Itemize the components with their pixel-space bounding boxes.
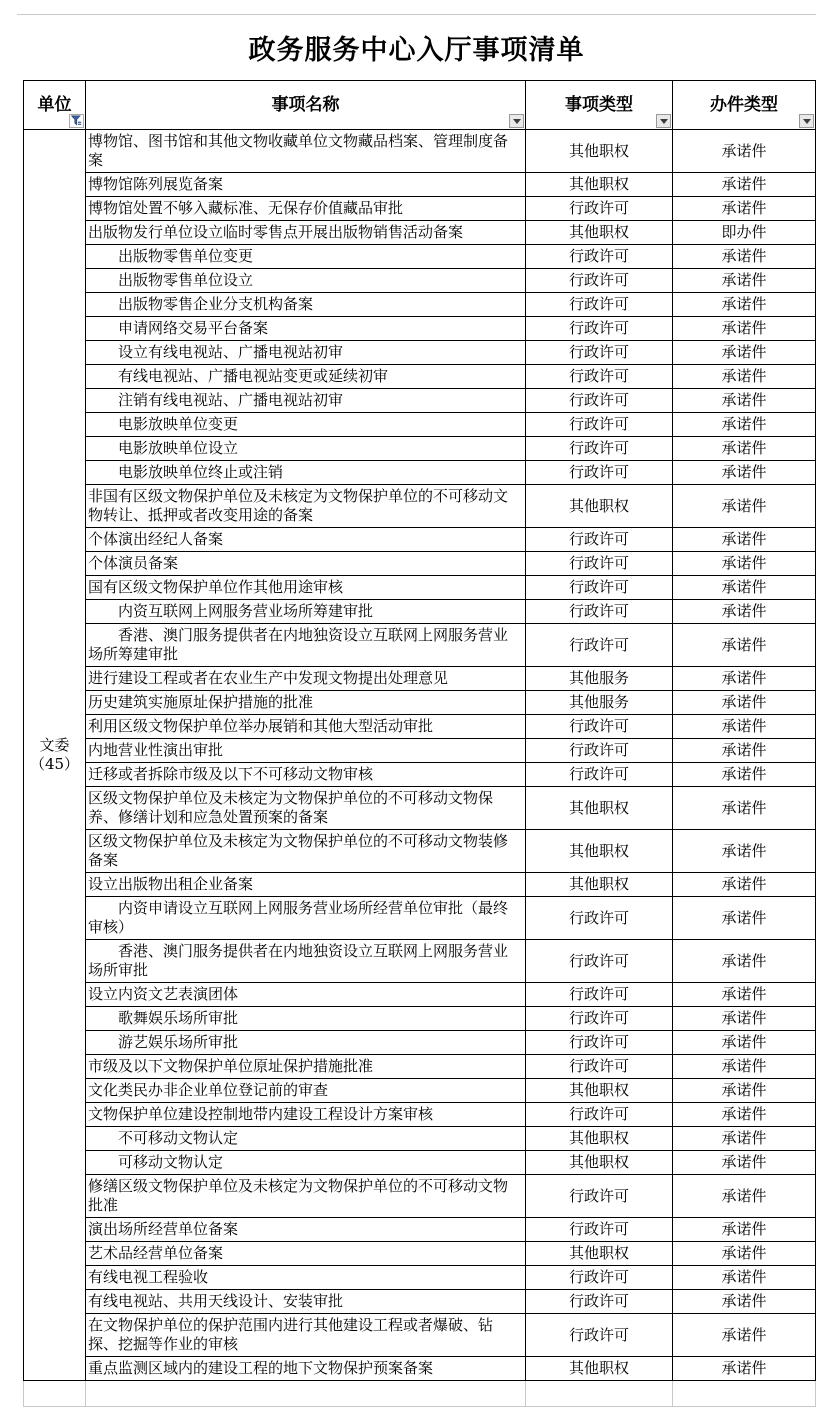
item-type-cell: 行政许可 bbox=[526, 1290, 673, 1314]
empty-cell bbox=[673, 1381, 816, 1407]
item-name-cell: 可移动文物认定 bbox=[86, 1151, 526, 1175]
item-type-cell: 其他职权 bbox=[526, 485, 673, 528]
item-mode-cell: 承诺件 bbox=[673, 389, 816, 413]
item-type-cell: 其他职权 bbox=[526, 830, 673, 873]
item-name-cell: 游艺娱乐场所审批 bbox=[86, 1031, 526, 1055]
item-name-cell: 注销有线电视站、广播电视站初审 bbox=[86, 389, 526, 413]
table-row: 设立有线电视站、广播电视站初审行政许可承诺件 bbox=[24, 341, 816, 365]
item-mode-cell: 承诺件 bbox=[673, 624, 816, 667]
item-name-cell: 修缮区级文物保护单位及未核定为文物保护单位的不可移动文物批准 bbox=[86, 1175, 526, 1218]
header-unit-label: 单位 bbox=[38, 95, 72, 115]
item-type-cell: 行政许可 bbox=[526, 1103, 673, 1127]
item-name-cell: 电影放映单位终止或注销 bbox=[86, 461, 526, 485]
item-name-cell: 区级文物保护单位及未核定为文物保护单位的不可移动文物装修备案 bbox=[86, 830, 526, 873]
item-name-cell: 电影放映单位变更 bbox=[86, 413, 526, 437]
item-name-cell: 香港、澳门服务提供者在内地独资设立互联网上网服务营业场所筹建审批 bbox=[86, 624, 526, 667]
item-mode-cell: 承诺件 bbox=[673, 173, 816, 197]
header-row: 单位 事项名称 事项类型 bbox=[24, 81, 816, 130]
item-mode-cell: 承诺件 bbox=[673, 317, 816, 341]
item-mode-cell: 承诺件 bbox=[673, 1242, 816, 1266]
item-mode-cell: 承诺件 bbox=[673, 197, 816, 221]
empty-cell bbox=[86, 1381, 526, 1407]
type-filter-button[interactable] bbox=[656, 114, 671, 128]
item-mode-cell: 承诺件 bbox=[673, 1007, 816, 1031]
items-tbody: 文委（45）博物馆、图书馆和其他文物收藏单位文物藏品档案、管理制度备案其他职权承… bbox=[24, 130, 816, 1407]
item-mode-cell: 承诺件 bbox=[673, 1151, 816, 1175]
table-row: 有线电视站、共用天线设计、安装审批行政许可承诺件 bbox=[24, 1290, 816, 1314]
item-name-cell: 历史建筑实施原址保护措施的批准 bbox=[86, 691, 526, 715]
table-row: 修缮区级文物保护单位及未核定为文物保护单位的不可移动文物批准行政许可承诺件 bbox=[24, 1175, 816, 1218]
header-mode-label: 办件类型 bbox=[710, 95, 778, 115]
item-mode-cell: 承诺件 bbox=[673, 897, 816, 940]
item-name-cell: 个体演出经纪人备案 bbox=[86, 528, 526, 552]
item-name-cell: 出版物零售单位设立 bbox=[86, 269, 526, 293]
item-mode-cell: 承诺件 bbox=[673, 1290, 816, 1314]
item-type-cell: 行政许可 bbox=[526, 600, 673, 624]
header-type-label: 事项类型 bbox=[565, 95, 633, 115]
item-type-cell: 行政许可 bbox=[526, 413, 673, 437]
item-type-cell: 其他服务 bbox=[526, 691, 673, 715]
page-break-line bbox=[17, 14, 816, 15]
table-row: 文物保护单位建设控制地带内建设工程设计方案审核行政许可承诺件 bbox=[24, 1103, 816, 1127]
funnel-filter-icon bbox=[71, 114, 82, 129]
header-mode: 办件类型 bbox=[673, 81, 816, 130]
item-name-cell: 内资互联网上网服务营业场所筹建审批 bbox=[86, 600, 526, 624]
item-type-cell: 其他职权 bbox=[526, 1127, 673, 1151]
item-type-cell: 行政许可 bbox=[526, 293, 673, 317]
item-mode-cell: 承诺件 bbox=[673, 365, 816, 389]
item-type-cell: 其他职权 bbox=[526, 1151, 673, 1175]
table-row: 有线电视工程验收行政许可承诺件 bbox=[24, 1266, 816, 1290]
item-type-cell: 行政许可 bbox=[526, 365, 673, 389]
table-row: 个体演出经纪人备案行政许可承诺件 bbox=[24, 528, 816, 552]
item-type-cell: 行政许可 bbox=[526, 1031, 673, 1055]
item-type-cell: 其他职权 bbox=[526, 1357, 673, 1381]
items-table: 单位 事项名称 事项类型 bbox=[23, 80, 816, 1407]
unit-count: （45） bbox=[24, 755, 85, 774]
item-name-cell: 博物馆、图书馆和其他文物收藏单位文物藏品档案、管理制度备案 bbox=[86, 130, 526, 173]
item-mode-cell: 承诺件 bbox=[673, 485, 816, 528]
table-row: 香港、澳门服务提供者在内地独资设立互联网上网服务营业场所筹建审批行政许可承诺件 bbox=[24, 624, 816, 667]
table-row: 历史建筑实施原址保护措施的批准其他服务承诺件 bbox=[24, 691, 816, 715]
item-mode-cell: 承诺件 bbox=[673, 1031, 816, 1055]
item-name-cell: 有线电视站、共用天线设计、安装审批 bbox=[86, 1290, 526, 1314]
item-type-cell: 行政许可 bbox=[526, 739, 673, 763]
header-unit: 单位 bbox=[24, 81, 86, 130]
item-name-cell: 出版物零售单位变更 bbox=[86, 245, 526, 269]
table-row: 博物馆陈列展览备案其他职权承诺件 bbox=[24, 173, 816, 197]
item-type-cell: 其他职权 bbox=[526, 1242, 673, 1266]
unit-name: 文委 bbox=[24, 736, 85, 755]
item-name-cell: 进行建设工程或者在农业生产中发现文物提出处理意见 bbox=[86, 667, 526, 691]
item-name-cell: 申请网络交易平台备案 bbox=[86, 317, 526, 341]
item-mode-cell: 承诺件 bbox=[673, 437, 816, 461]
table-row: 区级文物保护单位及未核定为文物保护单位的不可移动文物保养、修缮计划和应急处置预案… bbox=[24, 787, 816, 830]
item-type-cell: 行政许可 bbox=[526, 197, 673, 221]
item-name-cell: 利用区级文物保护单位举办展销和其他大型活动审批 bbox=[86, 715, 526, 739]
table-row: 香港、澳门服务提供者在内地独资设立互联网上网服务营业场所审批行政许可承诺件 bbox=[24, 940, 816, 983]
item-type-cell: 其他职权 bbox=[526, 130, 673, 173]
item-type-cell: 其他职权 bbox=[526, 873, 673, 897]
item-mode-cell: 承诺件 bbox=[673, 1103, 816, 1127]
item-mode-cell: 承诺件 bbox=[673, 940, 816, 983]
chevron-down-icon bbox=[660, 119, 668, 124]
table-row: 不可移动文物认定其他职权承诺件 bbox=[24, 1127, 816, 1151]
table-row: 利用区级文物保护单位举办展销和其他大型活动审批行政许可承诺件 bbox=[24, 715, 816, 739]
item-name-cell: 设立有线电视站、广播电视站初审 bbox=[86, 341, 526, 365]
item-name-cell: 国有区级文物保护单位作其他用途审核 bbox=[86, 576, 526, 600]
table-row: 歌舞娱乐场所审批行政许可承诺件 bbox=[24, 1007, 816, 1031]
item-name-cell: 有线电视工程验收 bbox=[86, 1266, 526, 1290]
item-mode-cell: 承诺件 bbox=[673, 830, 816, 873]
table-row: 国有区级文物保护单位作其他用途审核行政许可承诺件 bbox=[24, 576, 816, 600]
table-row: 非国有区级文物保护单位及未核定为文物保护单位的不可移动文物转让、抵押或者改变用途… bbox=[24, 485, 816, 528]
empty-cell bbox=[526, 1381, 673, 1407]
chevron-down-icon bbox=[513, 119, 521, 124]
item-type-cell: 其他职权 bbox=[526, 221, 673, 245]
table-row: 有线电视站、广播电视站变更或延续初审行政许可承诺件 bbox=[24, 365, 816, 389]
item-mode-cell: 承诺件 bbox=[673, 341, 816, 365]
item-mode-cell: 承诺件 bbox=[673, 1079, 816, 1103]
item-type-cell: 其他职权 bbox=[526, 787, 673, 830]
item-mode-cell: 承诺件 bbox=[673, 528, 816, 552]
item-mode-cell: 承诺件 bbox=[673, 739, 816, 763]
item-type-cell: 行政许可 bbox=[526, 317, 673, 341]
header-name: 事项名称 bbox=[86, 81, 526, 130]
item-mode-cell: 承诺件 bbox=[673, 763, 816, 787]
table-row: 内资申请设立互联网上网服务营业场所经营单位审批（最终审核）行政许可承诺件 bbox=[24, 897, 816, 940]
item-type-cell: 行政许可 bbox=[526, 1055, 673, 1079]
item-type-cell: 其他职权 bbox=[526, 1079, 673, 1103]
item-name-cell: 出版物零售企业分支机构备案 bbox=[86, 293, 526, 317]
header-type: 事项类型 bbox=[526, 81, 673, 130]
item-type-cell: 行政许可 bbox=[526, 1266, 673, 1290]
item-mode-cell: 承诺件 bbox=[673, 245, 816, 269]
item-name-cell: 演出场所经营单位备案 bbox=[86, 1218, 526, 1242]
item-type-cell: 行政许可 bbox=[526, 528, 673, 552]
table-row: 文委（45）博物馆、图书馆和其他文物收藏单位文物藏品档案、管理制度备案其他职权承… bbox=[24, 130, 816, 173]
item-mode-cell: 承诺件 bbox=[673, 413, 816, 437]
item-type-cell: 行政许可 bbox=[526, 552, 673, 576]
item-name-cell: 歌舞娱乐场所审批 bbox=[86, 1007, 526, 1031]
table-row: 设立内资文艺表演团体行政许可承诺件 bbox=[24, 983, 816, 1007]
item-type-cell: 行政许可 bbox=[526, 437, 673, 461]
item-mode-cell: 承诺件 bbox=[673, 873, 816, 897]
item-name-cell: 设立内资文艺表演团体 bbox=[86, 983, 526, 1007]
table-row: 内资互联网上网服务营业场所筹建审批行政许可承诺件 bbox=[24, 600, 816, 624]
item-mode-cell: 承诺件 bbox=[673, 293, 816, 317]
item-type-cell: 行政许可 bbox=[526, 1314, 673, 1357]
mode-filter-button[interactable] bbox=[799, 114, 814, 128]
table-row: 电影放映单位设立行政许可承诺件 bbox=[24, 437, 816, 461]
item-name-cell: 市级及以下文物保护单位原址保护措施批准 bbox=[86, 1055, 526, 1079]
item-type-cell: 行政许可 bbox=[526, 1175, 673, 1218]
item-type-cell: 行政许可 bbox=[526, 1007, 673, 1031]
item-type-cell: 行政许可 bbox=[526, 1218, 673, 1242]
item-mode-cell: 承诺件 bbox=[673, 715, 816, 739]
table-row: 演出场所经营单位备案行政许可承诺件 bbox=[24, 1218, 816, 1242]
item-name-cell: 不可移动文物认定 bbox=[86, 1127, 526, 1151]
item-mode-cell: 承诺件 bbox=[673, 576, 816, 600]
item-mode-cell: 承诺件 bbox=[673, 1175, 816, 1218]
item-mode-cell: 承诺件 bbox=[673, 787, 816, 830]
item-type-cell: 行政许可 bbox=[526, 576, 673, 600]
item-mode-cell: 承诺件 bbox=[673, 983, 816, 1007]
item-type-cell: 其他服务 bbox=[526, 667, 673, 691]
table-row: 电影放映单位终止或注销行政许可承诺件 bbox=[24, 461, 816, 485]
item-mode-cell: 即办件 bbox=[673, 221, 816, 245]
unit-cell: 文委（45） bbox=[24, 130, 86, 1381]
item-type-cell: 行政许可 bbox=[526, 389, 673, 413]
item-type-cell: 行政许可 bbox=[526, 897, 673, 940]
table-row: 区级文物保护单位及未核定为文物保护单位的不可移动文物装修备案其他职权承诺件 bbox=[24, 830, 816, 873]
table-row: 出版物零售单位设立行政许可承诺件 bbox=[24, 269, 816, 293]
table-row: 内地营业性演出审批行政许可承诺件 bbox=[24, 739, 816, 763]
item-type-cell: 其他职权 bbox=[526, 173, 673, 197]
item-mode-cell: 承诺件 bbox=[673, 1266, 816, 1290]
table-row: 注销有线电视站、广播电视站初审行政许可承诺件 bbox=[24, 389, 816, 413]
table-row: 电影放映单位变更行政许可承诺件 bbox=[24, 413, 816, 437]
item-name-cell: 内资申请设立互联网上网服务营业场所经营单位审批（最终审核） bbox=[86, 897, 526, 940]
table-row: 设立出版物出租企业备案其他职权承诺件 bbox=[24, 873, 816, 897]
item-type-cell: 行政许可 bbox=[526, 715, 673, 739]
item-mode-cell: 承诺件 bbox=[673, 600, 816, 624]
table-row: 进行建设工程或者在农业生产中发现文物提出处理意见其他服务承诺件 bbox=[24, 667, 816, 691]
item-name-cell: 设立出版物出租企业备案 bbox=[86, 873, 526, 897]
item-mode-cell: 承诺件 bbox=[673, 552, 816, 576]
table-row: 可移动文物认定其他职权承诺件 bbox=[24, 1151, 816, 1175]
table-row: 市级及以下文物保护单位原址保护措施批准行政许可承诺件 bbox=[24, 1055, 816, 1079]
item-name-cell: 重点监测区域内的建设工程的地下文物保护预案备案 bbox=[86, 1357, 526, 1381]
item-name-cell: 个体演员备案 bbox=[86, 552, 526, 576]
empty-cell bbox=[24, 1381, 86, 1407]
item-name-cell: 博物馆处置不够入藏标准、无保存价值藏品审批 bbox=[86, 197, 526, 221]
item-type-cell: 行政许可 bbox=[526, 341, 673, 365]
item-name-cell: 迁移或者拆除市级及以下不可移动文物审核 bbox=[86, 763, 526, 787]
item-mode-cell: 承诺件 bbox=[673, 461, 816, 485]
item-name-cell: 艺术品经营单位备案 bbox=[86, 1242, 526, 1266]
table-row: 游艺娱乐场所审批行政许可承诺件 bbox=[24, 1031, 816, 1055]
item-mode-cell: 承诺件 bbox=[673, 1357, 816, 1381]
item-name-cell: 电影放映单位设立 bbox=[86, 437, 526, 461]
table-row: 在文物保护单位的保护范围内进行其他建设工程或者爆破、钻探、挖掘等作业的审核行政许… bbox=[24, 1314, 816, 1357]
table-row: 博物馆处置不够入藏标准、无保存价值藏品审批行政许可承诺件 bbox=[24, 197, 816, 221]
table-row: 出版物零售企业分支机构备案行政许可承诺件 bbox=[24, 293, 816, 317]
page-title: 政务服务中心入厅事项清单 bbox=[0, 28, 833, 67]
item-type-cell: 行政许可 bbox=[526, 245, 673, 269]
item-mode-cell: 承诺件 bbox=[673, 691, 816, 715]
table-row: 迁移或者拆除市级及以下不可移动文物审核行政许可承诺件 bbox=[24, 763, 816, 787]
item-mode-cell: 承诺件 bbox=[673, 667, 816, 691]
header-name-label: 事项名称 bbox=[272, 95, 340, 115]
item-name-cell: 内地营业性演出审批 bbox=[86, 739, 526, 763]
item-name-cell: 文物保护单位建设控制地带内建设工程设计方案审核 bbox=[86, 1103, 526, 1127]
item-name-cell: 非国有区级文物保护单位及未核定为文物保护单位的不可移动文物转让、抵押或者改变用途… bbox=[86, 485, 526, 528]
item-name-cell: 香港、澳门服务提供者在内地独资设立互联网上网服务营业场所审批 bbox=[86, 940, 526, 983]
item-type-cell: 行政许可 bbox=[526, 624, 673, 667]
item-name-cell: 文化类民办非企业单位登记前的审查 bbox=[86, 1079, 526, 1103]
unit-filter-button[interactable] bbox=[69, 114, 84, 128]
item-name-cell: 博物馆陈列展览备案 bbox=[86, 173, 526, 197]
table-row: 申请网络交易平台备案行政许可承诺件 bbox=[24, 317, 816, 341]
item-mode-cell: 承诺件 bbox=[673, 1218, 816, 1242]
table-row: 出版物发行单位设立临时零售点开展出版物销售活动备案其他职权即办件 bbox=[24, 221, 816, 245]
table-row: 出版物零售单位变更行政许可承诺件 bbox=[24, 245, 816, 269]
item-type-cell: 行政许可 bbox=[526, 763, 673, 787]
item-mode-cell: 承诺件 bbox=[673, 1314, 816, 1357]
item-type-cell: 行政许可 bbox=[526, 983, 673, 1007]
item-mode-cell: 承诺件 bbox=[673, 1055, 816, 1079]
table-row: 文化类民办非企业单位登记前的审查其他职权承诺件 bbox=[24, 1079, 816, 1103]
table-row: 个体演员备案行政许可承诺件 bbox=[24, 552, 816, 576]
table-row: 重点监测区域内的建设工程的地下文物保护预案备案其他职权承诺件 bbox=[24, 1357, 816, 1381]
name-filter-button[interactable] bbox=[509, 114, 524, 128]
chevron-down-icon bbox=[803, 119, 811, 124]
item-type-cell: 行政许可 bbox=[526, 269, 673, 293]
item-type-cell: 行政许可 bbox=[526, 940, 673, 983]
item-mode-cell: 承诺件 bbox=[673, 269, 816, 293]
item-name-cell: 有线电视站、广播电视站变更或延续初审 bbox=[86, 365, 526, 389]
item-name-cell: 出版物发行单位设立临时零售点开展出版物销售活动备案 bbox=[86, 221, 526, 245]
item-mode-cell: 承诺件 bbox=[673, 130, 816, 173]
empty-row bbox=[24, 1381, 816, 1407]
item-name-cell: 在文物保护单位的保护范围内进行其他建设工程或者爆破、钻探、挖掘等作业的审核 bbox=[86, 1314, 526, 1357]
table-row: 艺术品经营单位备案其他职权承诺件 bbox=[24, 1242, 816, 1266]
item-type-cell: 行政许可 bbox=[526, 461, 673, 485]
item-name-cell: 区级文物保护单位及未核定为文物保护单位的不可移动文物保养、修缮计划和应急处置预案… bbox=[86, 787, 526, 830]
item-mode-cell: 承诺件 bbox=[673, 1127, 816, 1151]
